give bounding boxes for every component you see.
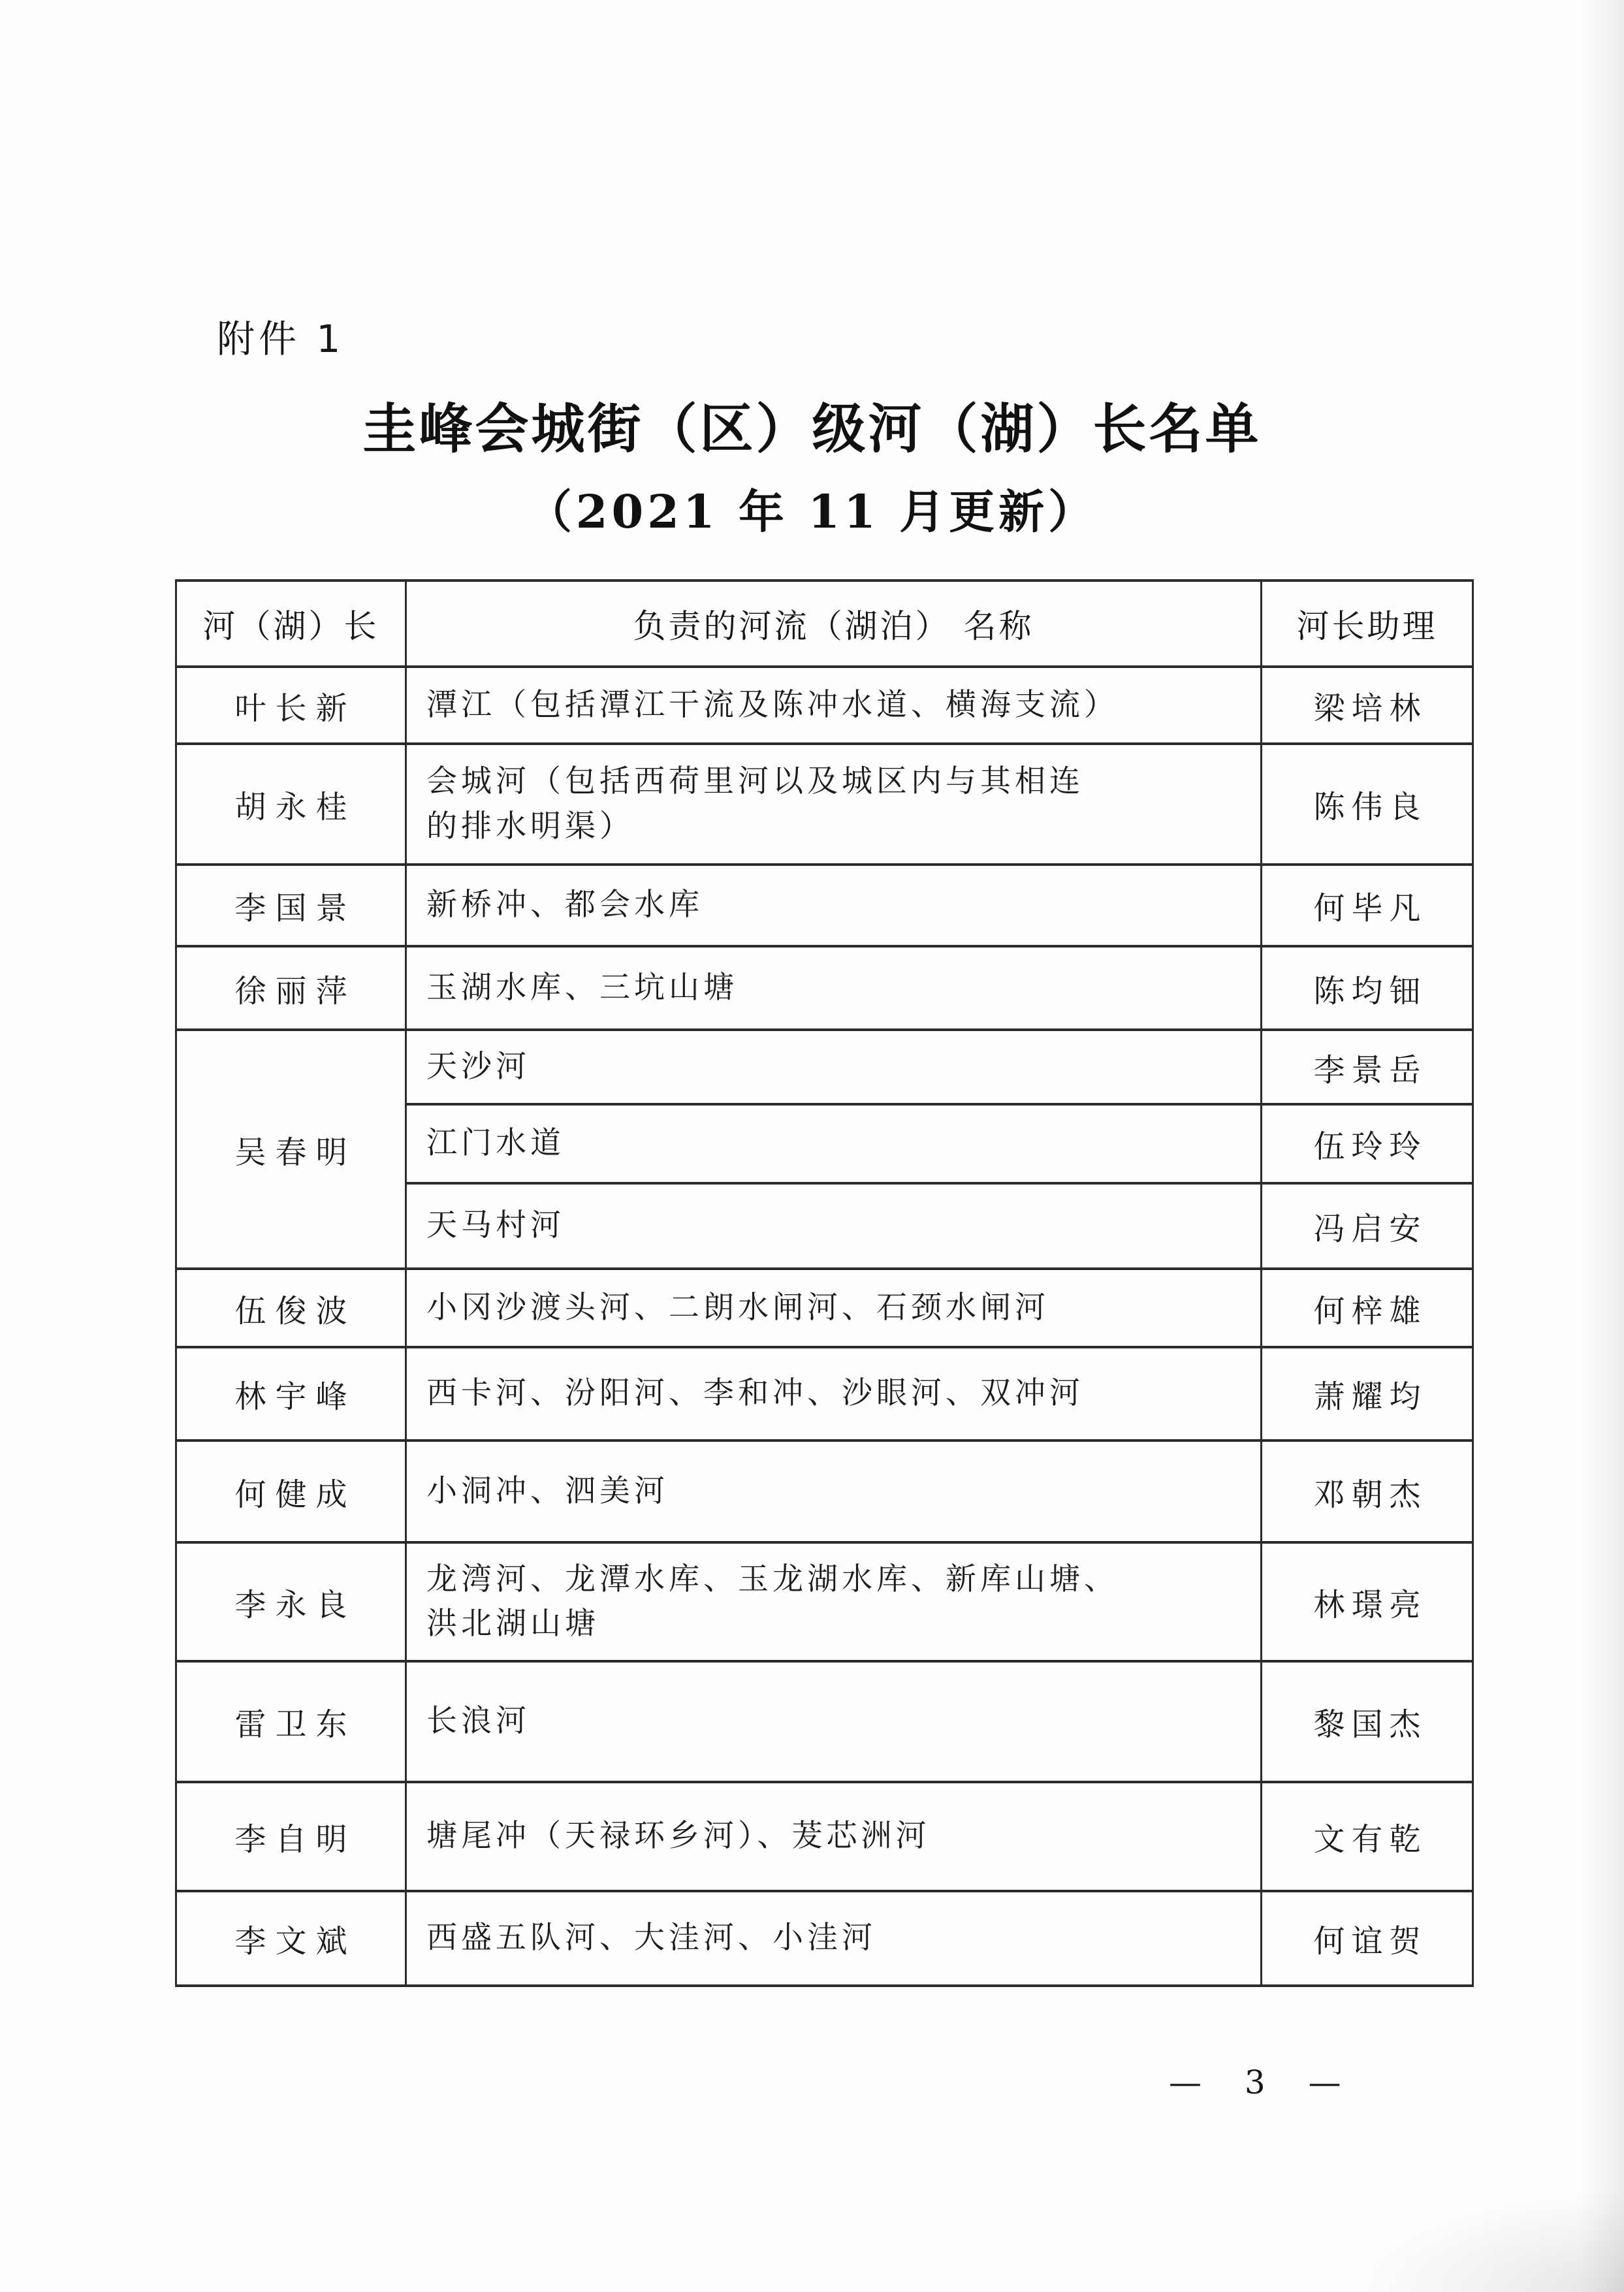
rivers-list: 玉湖水库、三坑山塘 — [406, 946, 1262, 1030]
assistant-name: 何梓雄 — [1262, 1269, 1473, 1347]
rivers-list: 江门水道 — [406, 1104, 1262, 1183]
table-row: 何健成 小洞冲、泗美河 邓朝杰 — [176, 1440, 1473, 1542]
rivers-list: 长浪河 — [406, 1661, 1262, 1782]
table-row: 叶长新 潭江（包括潭江干流及陈冲水道、横海支流） 梁培林 — [176, 667, 1473, 744]
document-subtitle: （2021 年 11 月更新） — [0, 475, 1624, 541]
chief-name: 何健成 — [176, 1440, 406, 1542]
table-row: 李国景 新桥冲、都会水库 何毕凡 — [176, 865, 1473, 946]
scanned-document-page: 附件 1 圭峰会城街（区）级河（湖）长名单 （2021 年 11 月更新） 河（… — [0, 0, 1624, 2292]
rivers-list: 天沙河 — [406, 1030, 1262, 1104]
chief-name: 林宇峰 — [176, 1347, 406, 1440]
chief-name: 徐丽萍 — [176, 946, 406, 1030]
rivers-list: 龙湾河、龙潭水库、玉龙湖水库、新库山塘、 洪北湖山塘 — [406, 1542, 1262, 1661]
scan-corner-shadow — [1350, 2188, 1624, 2292]
header-chief: 河（湖）长 — [176, 581, 406, 667]
attachment-label: 附件 1 — [217, 308, 344, 363]
assistant-name: 何谊贺 — [1262, 1891, 1473, 1986]
assistant-name: 陈伟良 — [1262, 744, 1473, 865]
rivers-list: 西盛五队河、大洼河、小洼河 — [406, 1891, 1262, 1986]
rivers-list: 天马村河 — [406, 1183, 1262, 1269]
chief-name: 李永良 — [176, 1542, 406, 1661]
table-row: 李文斌 西盛五队河、大洼河、小洼河 何谊贺 — [176, 1891, 1473, 1986]
rivers-list: 小冈沙渡头河、二朗水闸河、石颈水闸河 — [406, 1269, 1262, 1347]
document-title: 圭峰会城街（区）级河（湖）长名单 — [0, 387, 1624, 463]
assistant-name: 萧耀均 — [1262, 1347, 1473, 1440]
assistant-name: 伍玲玲 — [1262, 1104, 1473, 1183]
chief-name: 叶长新 — [176, 667, 406, 744]
chief-name: 李文斌 — [176, 1891, 406, 1986]
chief-name: 李自明 — [176, 1782, 406, 1891]
table-row: 李永良 龙湾河、龙潭水库、玉龙湖水库、新库山塘、 洪北湖山塘 林璟亮 — [176, 1542, 1473, 1661]
rivers-list: 小洞冲、泗美河 — [406, 1440, 1262, 1542]
chief-name: 吴春明 — [176, 1030, 406, 1269]
rivers-list: 新桥冲、都会水库 — [406, 865, 1262, 946]
chief-name: 雷卫东 — [176, 1661, 406, 1782]
assistant-name: 黎国杰 — [1262, 1661, 1473, 1782]
assistant-name: 陈均钿 — [1262, 946, 1473, 1030]
rivers-list: 塘尾冲（天禄环乡河）、茇芯洲河 — [406, 1782, 1262, 1891]
header-assistant: 河长助理 — [1262, 581, 1473, 667]
chief-name: 李国景 — [176, 865, 406, 946]
rivers-list: 潭江（包括潭江干流及陈冲水道、横海支流） — [406, 667, 1262, 744]
assistant-name: 何毕凡 — [1262, 865, 1473, 946]
page-number: — 3 — — [1169, 2063, 1343, 2101]
table-row: 李自明 塘尾冲（天禄环乡河）、茇芯洲河 文有乾 — [176, 1782, 1473, 1891]
assistant-name: 林璟亮 — [1262, 1542, 1473, 1661]
rivers-list: 会城河（包括西荷里河以及城区内与其相连 的排水明渠） — [406, 744, 1262, 865]
rivers-list: 西卡河、汾阳河、李和冲、沙眼河、双冲河 — [406, 1347, 1262, 1440]
scan-edge-shading — [1578, 0, 1624, 2292]
table-row: 林宇峰 西卡河、汾阳河、李和冲、沙眼河、双冲河 萧耀均 — [176, 1347, 1473, 1440]
assistant-name: 李景岳 — [1262, 1030, 1473, 1104]
assistant-name: 冯启安 — [1262, 1183, 1473, 1269]
table-row: 吴春明 天沙河 李景岳 — [176, 1030, 1473, 1104]
table-header-row: 河（湖）长 负责的河流（湖泊） 名称 河长助理 — [176, 581, 1473, 667]
table-row: 胡永桂 会城河（包括西荷里河以及城区内与其相连 的排水明渠） 陈伟良 — [176, 744, 1473, 865]
assistant-name: 文有乾 — [1262, 1782, 1473, 1891]
chief-name: 伍俊波 — [176, 1269, 406, 1347]
table-row: 雷卫东 长浪河 黎国杰 — [176, 1661, 1473, 1782]
assistant-name: 梁培林 — [1262, 667, 1473, 744]
assistant-name: 邓朝杰 — [1262, 1440, 1473, 1542]
header-rivers: 负责的河流（湖泊） 名称 — [406, 581, 1262, 667]
chief-name: 胡永桂 — [176, 744, 406, 865]
table-row: 徐丽萍 玉湖水库、三坑山塘 陈均钿 — [176, 946, 1473, 1030]
table-row: 伍俊波 小冈沙渡头河、二朗水闸河、石颈水闸河 何梓雄 — [176, 1269, 1473, 1347]
river-chief-table: 河（湖）长 负责的河流（湖泊） 名称 河长助理 叶长新 潭江（包括潭江干流及陈冲… — [175, 579, 1474, 1987]
